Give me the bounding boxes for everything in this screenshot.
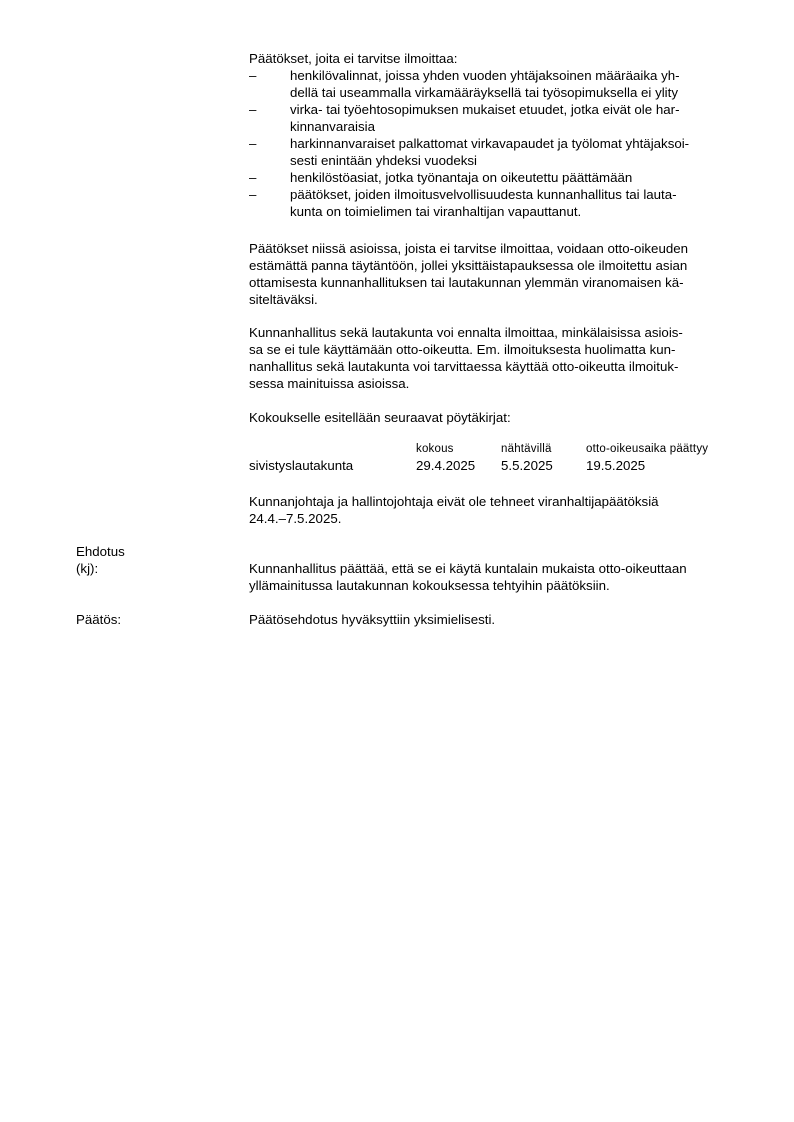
- officials-note: Kunnanjohtaja ja hallintojohtaja eivät o…: [249, 493, 733, 527]
- paragraph-line: sa se ei tule käyttämään otto-oikeutta. …: [249, 341, 733, 358]
- list-item-line: sesti enintään yhdeksi vuodeksi: [290, 152, 733, 169]
- committee-cell: sivistyslautakunta: [249, 458, 353, 473]
- deadline-date-cell: 19.5.2025: [586, 458, 645, 473]
- list-item: – henkilöstöasiat, jotka työnantaja on o…: [249, 169, 733, 186]
- table-row: sivistyslautakunta 29.4.2025 5.5.2025 19…: [249, 458, 733, 475]
- meeting-date-cell: 29.4.2025: [416, 458, 475, 473]
- list-item-line: virka- tai työehtosopimuksen mukaiset et…: [290, 101, 733, 118]
- list-item-line: kinnanvaraisia: [290, 118, 733, 135]
- list-item: – virka- tai työehtosopimuksen mukaiset …: [249, 101, 733, 135]
- dash-bullet-icon: –: [249, 169, 256, 186]
- column-header-available: nähtävillä: [501, 443, 552, 455]
- proposal-label: Ehdotus (kj):: [76, 543, 125, 577]
- paragraph-line: Kunnanhallitus päättää, että se ei käytä…: [249, 560, 733, 577]
- paragraph-line: Päätökset niissä asioissa, joista ei tar…: [249, 240, 733, 257]
- paragraph-line: nanhallitus sekä lautakunta voi tarvitta…: [249, 358, 733, 375]
- list-item-line: henkilöstöasiat, jotka työnantaja on oik…: [290, 169, 733, 186]
- non-reportable-decisions-list: – henkilövalinnat, joissa yhden vuoden y…: [249, 67, 733, 220]
- paragraph-line: Kokoukselle esitellään seuraavat pöytäki…: [249, 409, 733, 426]
- minutes-table: kokous nähtävillä otto-oikeusaika päätty…: [249, 443, 733, 475]
- paragraph-line: ottamisesta kunnanhallituksen tai lautak…: [249, 274, 733, 291]
- minutes-intro: Kokoukselle esitellään seuraavat pöytäki…: [249, 409, 733, 426]
- decision-text: Päätösehdotus hyväksyttiin yksimielisest…: [249, 611, 733, 628]
- advance-notice-paragraph: Kunnanhallitus sekä lautakunta voi ennal…: [249, 324, 733, 392]
- dash-bullet-icon: –: [249, 135, 256, 152]
- paragraph-line: yllämainitussa lautakunnan kokouksessa t…: [249, 577, 733, 594]
- paragraph-line: Kunnanjohtaja ja hallintojohtaja eivät o…: [249, 493, 733, 510]
- proposal-label-line: Ehdotus: [76, 543, 125, 560]
- list-item: – harkinnanvaraiset palkattomat virkavap…: [249, 135, 733, 169]
- available-date-cell: 5.5.2025: [501, 458, 553, 473]
- paragraph-line: 24.4.–7.5.2025.: [249, 510, 733, 527]
- list-item-line: päätökset, joiden ilmoitusvelvollisuudes…: [290, 186, 733, 203]
- list-item-line: kunta on toimielimen tai viranhaltijan v…: [290, 203, 733, 220]
- paragraph-line: Kunnanhallitus sekä lautakunta voi ennal…: [249, 324, 733, 341]
- decision-label: Päätös:: [76, 611, 121, 628]
- dash-bullet-icon: –: [249, 186, 256, 203]
- dash-bullet-icon: –: [249, 101, 256, 118]
- paragraph-line: estämättä panna täytäntöön, jollei yksit…: [249, 257, 733, 274]
- proposal-text: Kunnanhallitus päättää, että se ei käytä…: [249, 560, 733, 594]
- list-item-line: dellä tai useammalla virkamääräyksellä t…: [290, 84, 733, 101]
- paragraph-line: sessa mainituissa asioissa.: [249, 375, 733, 392]
- proposal-label-line: (kj):: [76, 560, 125, 577]
- table-header: kokous nähtävillä otto-oikeusaika päätty…: [249, 443, 733, 458]
- enforcement-paragraph: Päätökset niissä asioissa, joista ei tar…: [249, 240, 733, 308]
- section-heading: Päätökset, joita ei tarvitse ilmoittaa:: [249, 50, 733, 67]
- list-item: – henkilövalinnat, joissa yhden vuoden y…: [249, 67, 733, 101]
- document-page: Päätökset, joita ei tarvitse ilmoittaa: …: [0, 0, 794, 1122]
- column-header-deadline: otto-oikeusaika päättyy: [586, 443, 708, 455]
- column-header-meeting: kokous: [416, 443, 454, 455]
- list-item-line: harkinnanvaraiset palkattomat virkavapau…: [290, 135, 733, 152]
- non-reportable-decisions-section: Päätökset, joita ei tarvitse ilmoittaa: …: [249, 50, 733, 220]
- list-item-line: henkilövalinnat, joissa yhden vuoden yht…: [290, 67, 733, 84]
- dash-bullet-icon: –: [249, 67, 256, 84]
- list-item: – päätökset, joiden ilmoitusvelvollisuud…: [249, 186, 733, 220]
- paragraph-line: siteltäväksi.: [249, 291, 733, 308]
